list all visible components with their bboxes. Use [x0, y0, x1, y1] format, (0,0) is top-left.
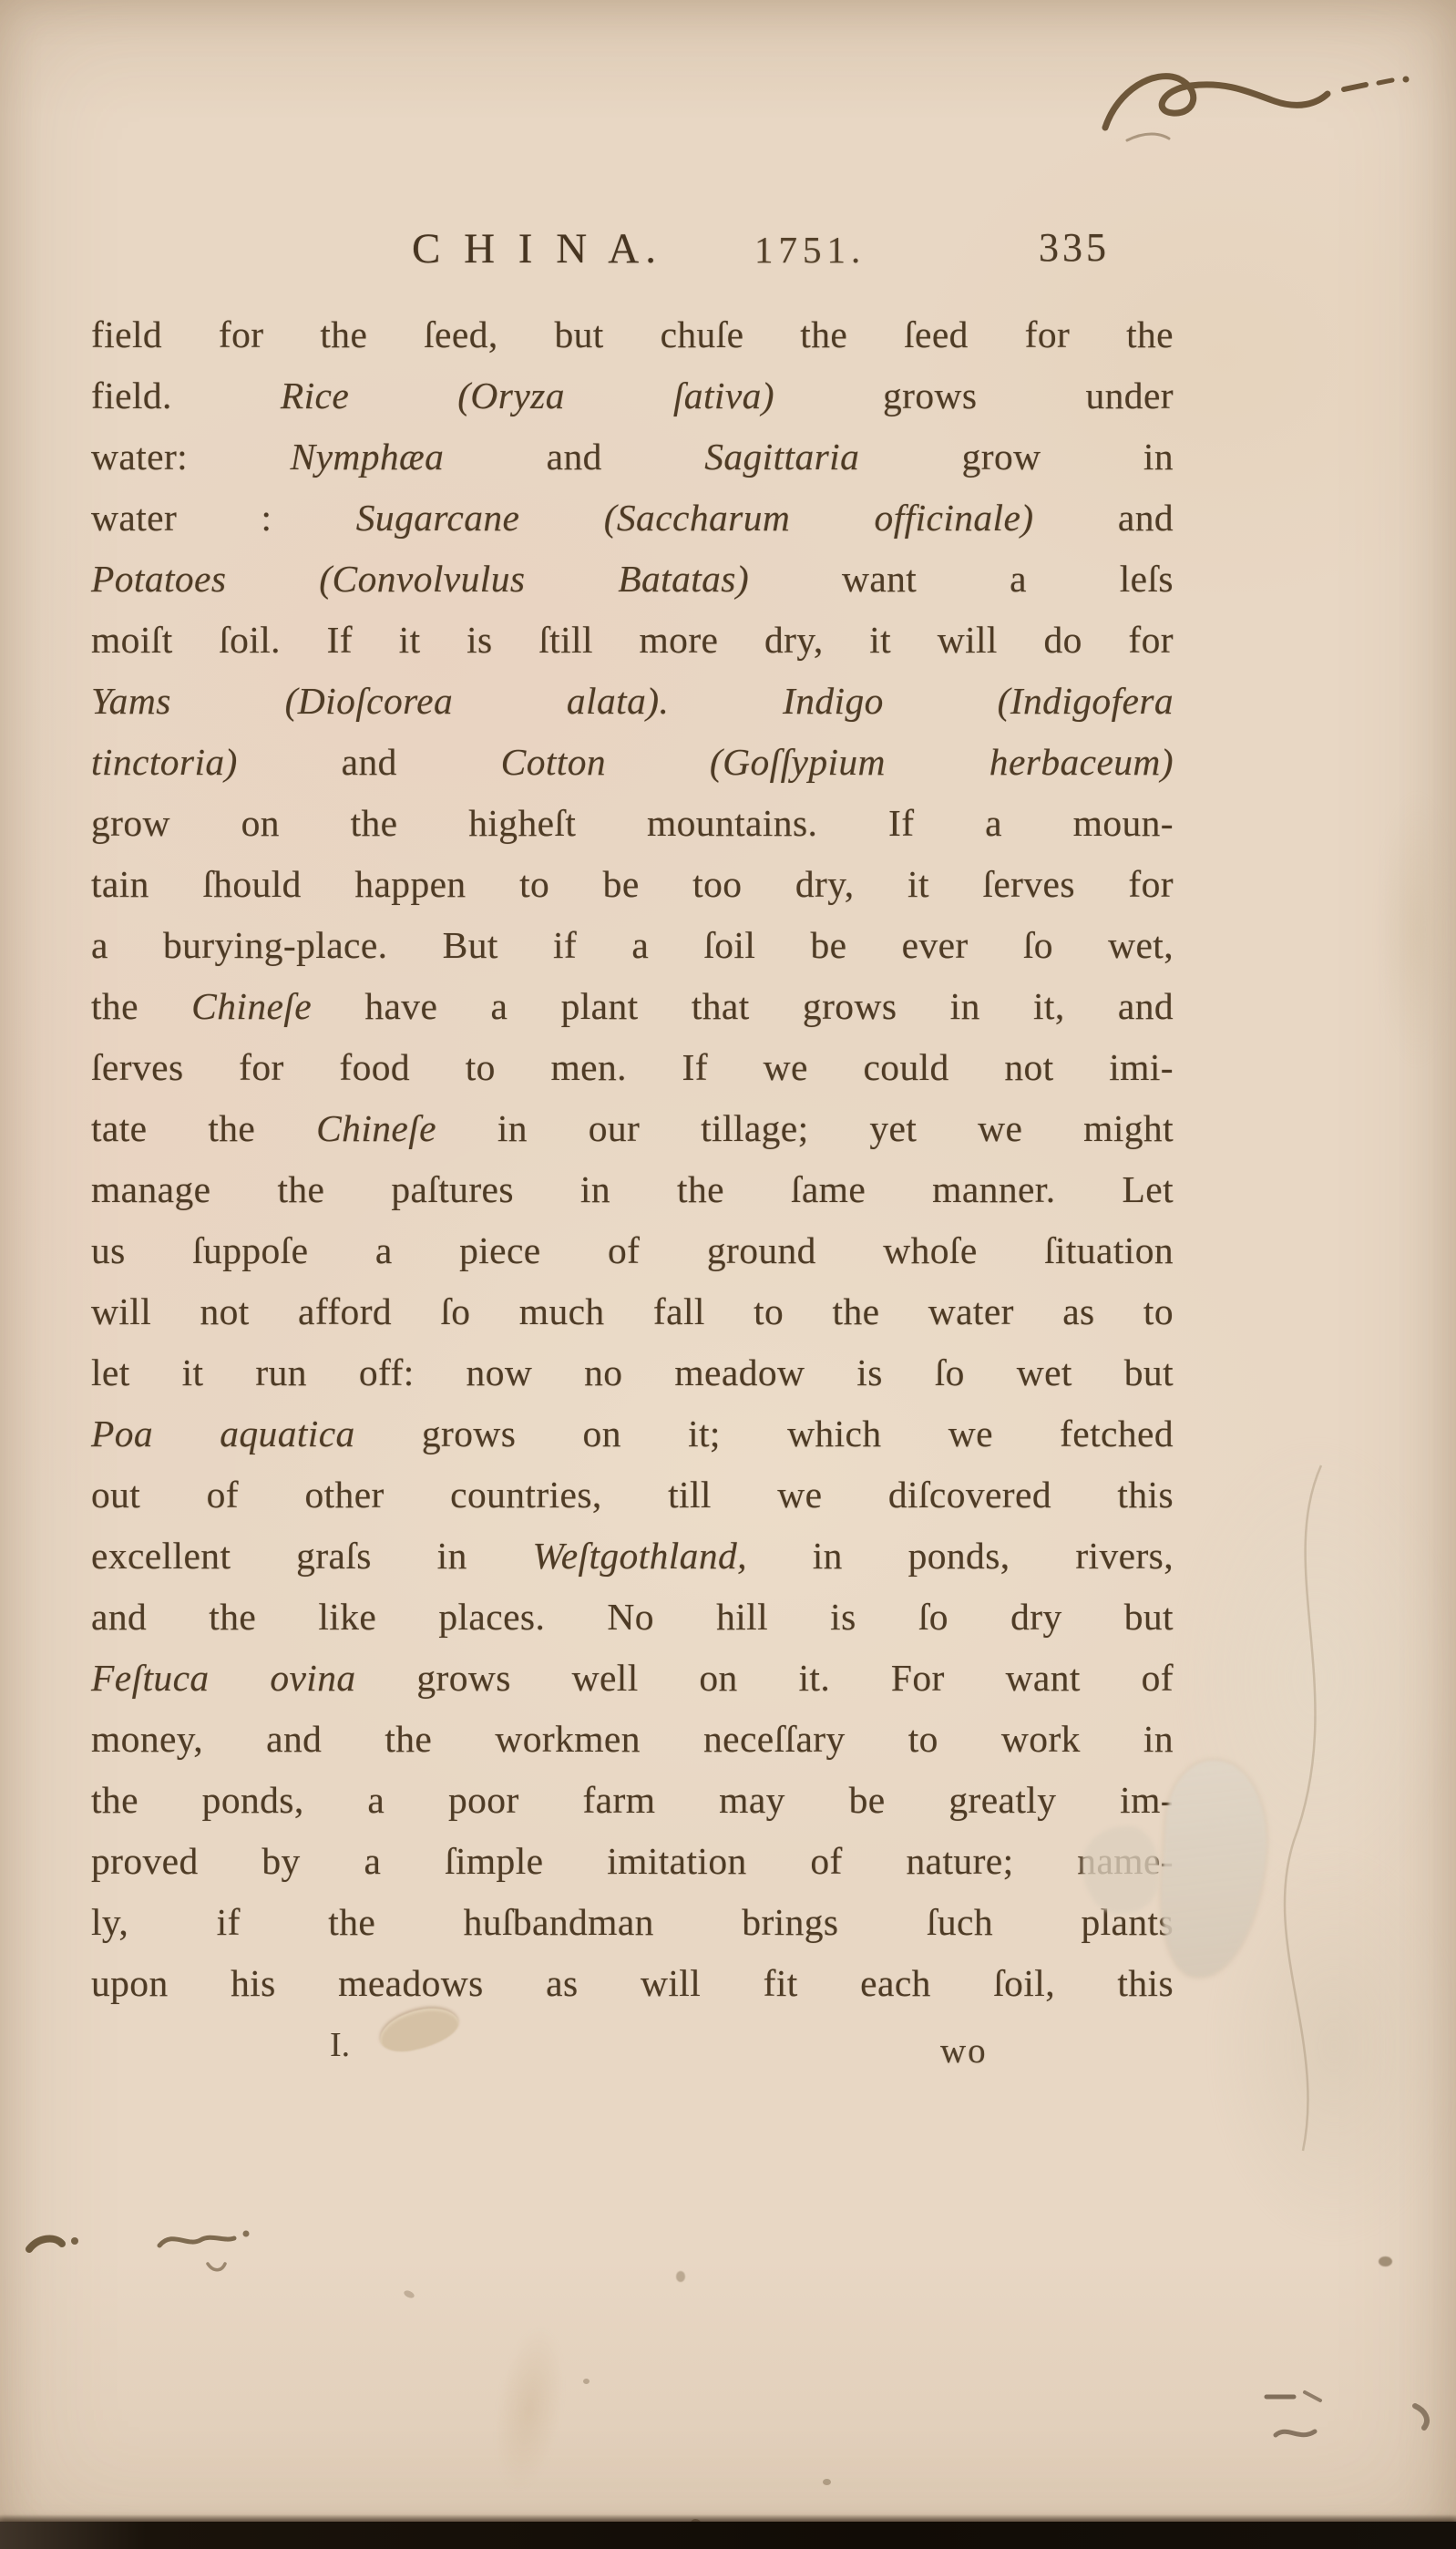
droplet-stain	[484, 2321, 575, 2495]
water-stain	[1212, 1850, 1456, 2242]
catchword: wo	[940, 2030, 988, 2071]
running-header: C H I N A. 1751. 335	[0, 217, 1456, 281]
text-line: tinctoria) and Cotton (Goſſypium herbace…	[91, 732, 1174, 793]
text-line: field for the ſeed, but chuſe the ſeed f…	[91, 304, 1174, 365]
stain-edge-line	[1212, 1458, 1456, 2187]
bottom-edge-band	[0, 2522, 1456, 2549]
text-line: let it run off: now no meadow is ſo wet …	[91, 1342, 1174, 1403]
text-line: out of other countries, till we diſcover…	[91, 1465, 1174, 1526]
header-year: 1751.	[754, 228, 866, 272]
text-line: a burying-place. But if a ſoil be ever ſ…	[91, 915, 1174, 976]
ink-speck	[403, 2289, 415, 2299]
text-line: water: Nymphæa and Sagittaria grow in	[91, 427, 1174, 488]
text-line: water : Sugarcane (Saccharum officinale)…	[91, 488, 1174, 549]
ink-speck	[823, 2479, 831, 2485]
ink-speck	[1379, 2256, 1392, 2266]
text-line: upon his meadows as will fit each ſoil, …	[91, 1953, 1174, 2014]
ink-speck	[583, 2379, 590, 2384]
text-line: excellent graſs in Weſtgothland, in pond…	[91, 1526, 1174, 1587]
text-line: Poa aquatica grows on it; which we fetch…	[91, 1403, 1174, 1465]
header-title: C H I N A.	[412, 224, 662, 273]
text-line: Feſtuca ovina grows well on it. For want…	[91, 1648, 1174, 1709]
signature-mark: I.	[330, 2025, 350, 2065]
text-line: ſerves for food to men. If we could not …	[91, 1037, 1174, 1098]
header-page-number: 335	[1039, 224, 1110, 271]
text-line: and the like places. No hill is ſo dry b…	[91, 1587, 1174, 1648]
ink-marks-bottom-left-icon	[18, 2213, 319, 2286]
page-scan: C H I N A. 1751. 335 field for the ſeed,…	[0, 0, 1456, 2549]
text-line: the ponds, a poor farm may be greatly im…	[91, 1770, 1174, 1831]
text-line: money, and the workmen neceſſary to work…	[91, 1709, 1174, 1770]
text-line: us ſuppoſe a piece of ground whoſe ſitua…	[91, 1220, 1174, 1281]
text-line: the Chineſe have a plant that grows in i…	[91, 976, 1174, 1037]
body-text: field for the ſeed, but chuſe the ſeed f…	[91, 304, 1174, 2014]
ink-scribble-icon	[1089, 38, 1453, 175]
ink-speck	[676, 2271, 685, 2282]
text-line: moiſt ſoil. If it is ſtill more dry, it …	[91, 610, 1174, 671]
ink-marks-bottom-right-icon	[1246, 2368, 1456, 2486]
text-line: will not afford ſo much fall to the wate…	[91, 1281, 1174, 1342]
text-line: Yams (Dioſcorea alata). Indigo (Indigofe…	[91, 671, 1174, 732]
paper-stain	[1378, 793, 1456, 1066]
water-stain	[1175, 1440, 1456, 1914]
text-line: proved by a ſimple imitation of nature; …	[91, 1831, 1174, 1892]
text-line: field. Rice (Oryza ſativa) grows under	[91, 365, 1174, 427]
text-line: ly, if the huſbandman brings ſuch plants	[91, 1892, 1174, 1953]
text-line: manage the paſtures in the ſame manner. …	[91, 1159, 1174, 1220]
text-line: Potatoes (Convolvulus Batatas) want a le…	[91, 549, 1174, 610]
text-line: tain ſhould happen to be too dry, it ſer…	[91, 854, 1174, 915]
text-line: grow on the higheſt mountains. If a moun…	[91, 793, 1174, 854]
text-line: tate the Chineſe in our tillage; yet we …	[91, 1098, 1174, 1159]
